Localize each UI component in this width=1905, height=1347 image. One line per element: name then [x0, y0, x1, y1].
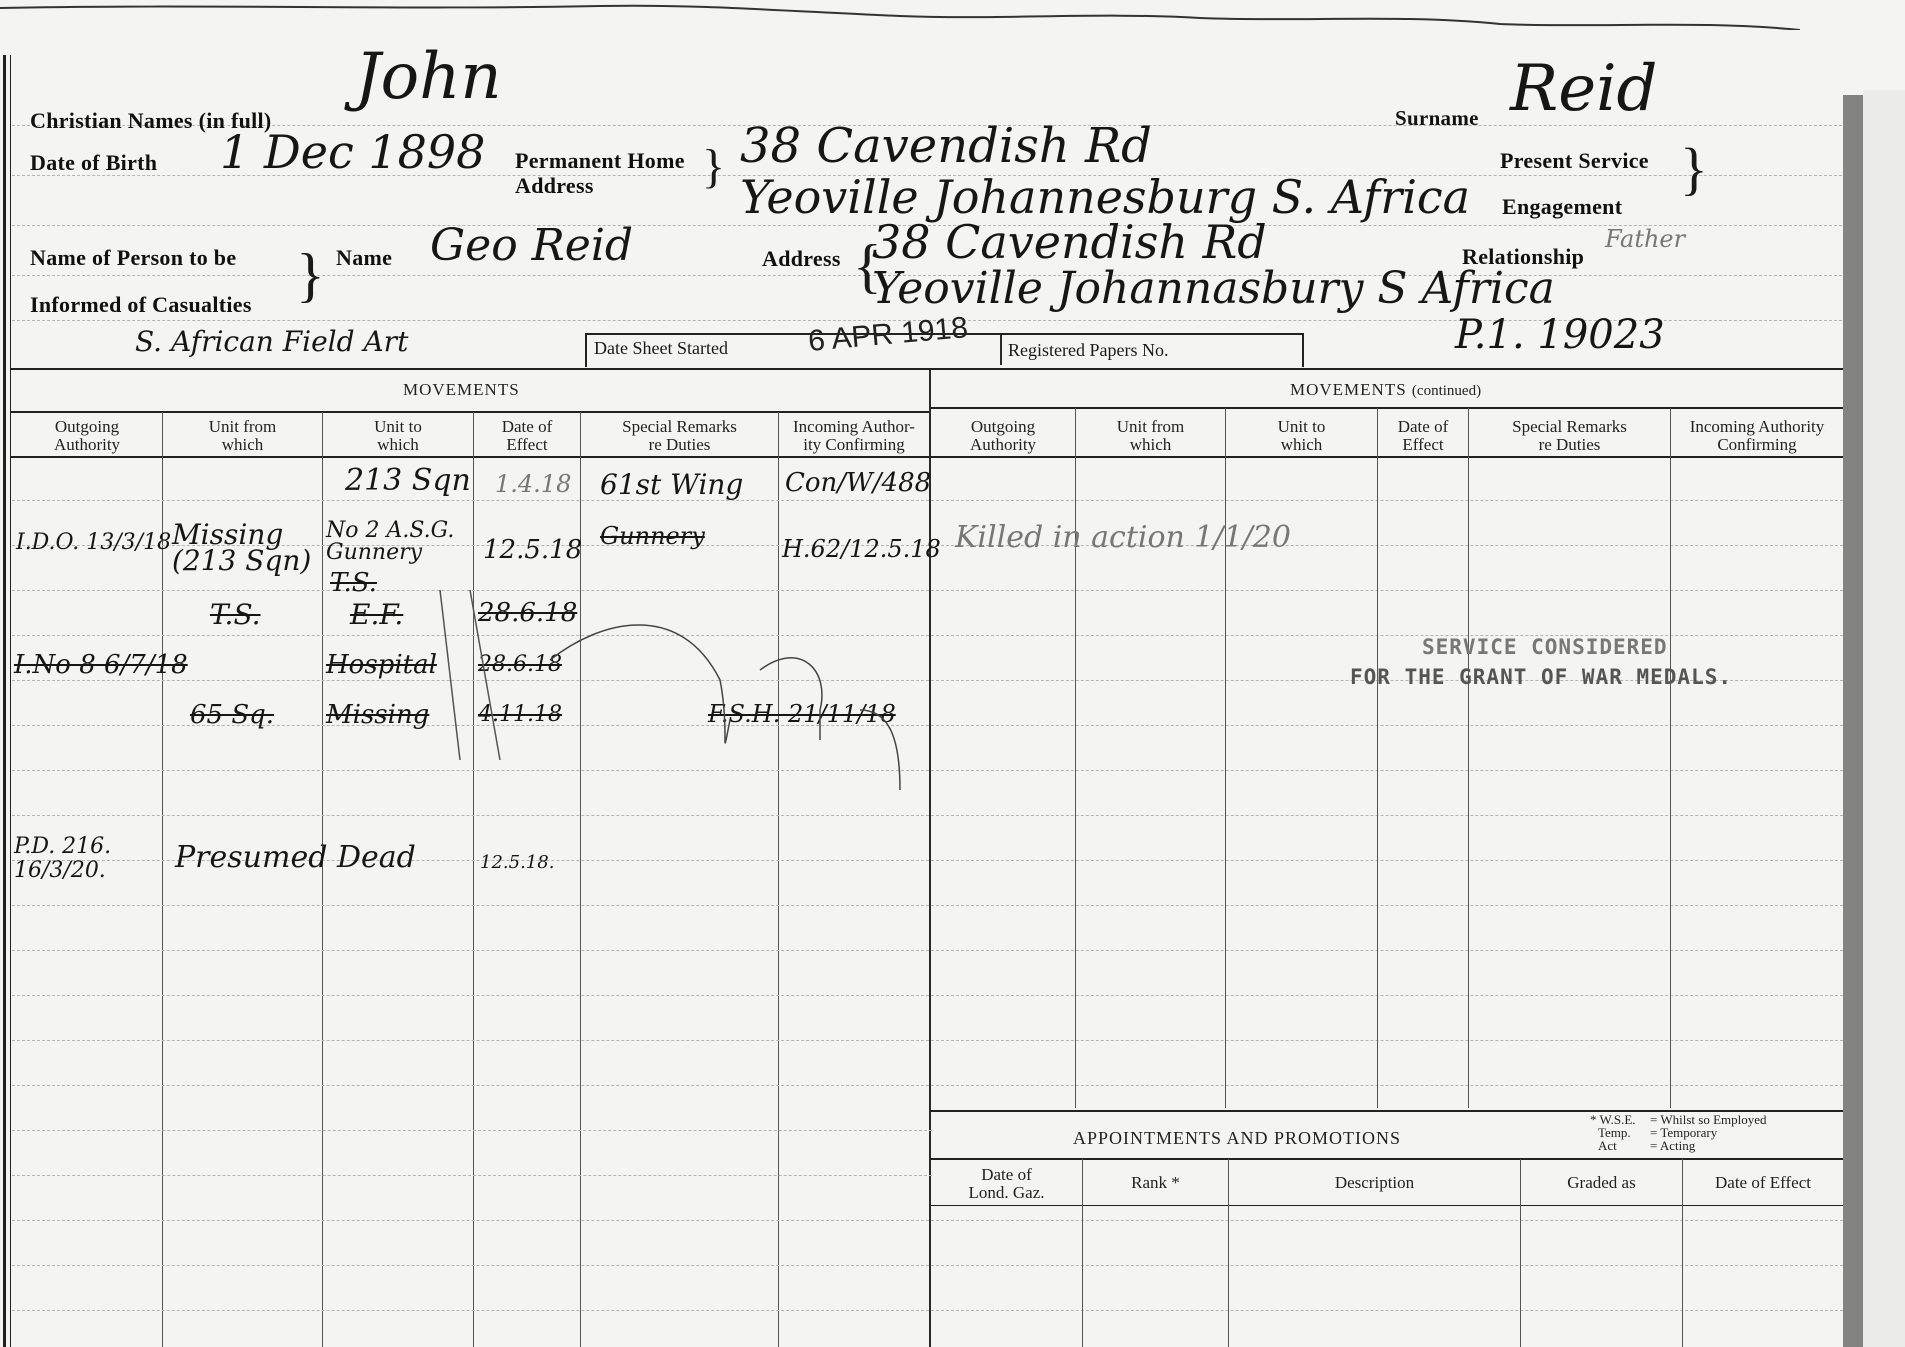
brace-icon: } [296, 245, 325, 305]
cont-col-unit-to: Unit towhich [1226, 418, 1377, 454]
row6-unit-from: Presumed Dead [175, 840, 416, 875]
surname-label: Surname [1395, 106, 1479, 131]
nok-name-value: Geo Reid [430, 220, 633, 271]
col-unit-to: Unit towhich [323, 418, 473, 454]
row1-outgoing: I.D.O. 13/3/18 [16, 530, 171, 555]
abbreviation-legend: * W.S.E.= Whilst so Employed Temp.= Temp… [1590, 1113, 1767, 1152]
row4-outgoing: I.No 8 6/7/18 [14, 650, 188, 680]
torn-top-edge [0, 0, 1905, 30]
left-border [3, 55, 6, 1347]
row1-remarks: Gunnery [600, 522, 705, 550]
header-divider [10, 368, 1843, 370]
nok-label-1: Name of Person to be [30, 245, 236, 271]
col-unit-from: Unit fromwhich [163, 418, 322, 454]
row1-unit-to: No 2 A.S.G. Gunnery [326, 520, 476, 564]
col-incoming-authority: Incoming Author-ity Confirming [779, 418, 929, 454]
relationship-value: Father [1605, 225, 1685, 253]
appt-col-date-lond-gaz: Date ofLond. Gaz. [931, 1166, 1082, 1202]
medals-stamp-line2: FOR THE GRANT OF WAR MEDALS. [1350, 665, 1732, 689]
col-special-remarks: Special Remarksre Duties [581, 418, 778, 454]
row6-date: 12.5.18. [480, 852, 554, 873]
prior-unit-note: S. African Field Art [135, 325, 408, 358]
row0-remarks: 61st Wing [600, 468, 743, 501]
nok-address-label: Address [762, 246, 841, 272]
crossout-scribbles [300, 560, 1000, 810]
nok-address-line1: 38 Cavendish Rd [872, 215, 1267, 269]
row1-incoming: H.62/12.5.18 [782, 535, 941, 563]
col-date-of-effect: Date ofEffect [474, 418, 580, 454]
brace-icon: } [1680, 140, 1708, 198]
date-of-birth-value: 1 Dec 1898 [220, 125, 485, 179]
permanent-home-label: Permanent Home [515, 148, 685, 174]
movements-continued-title: MOVEMENTS (continued) [1290, 380, 1481, 400]
permanent-address-label: Address [515, 173, 594, 199]
date-sheet-started-label: Date Sheet Started [594, 338, 728, 359]
present-service-label: Present Service [1500, 148, 1649, 174]
date-of-birth-label: Date of Birth [30, 150, 157, 176]
nok-name-label: Name [336, 245, 392, 271]
row0-date: 1.4.18 [495, 470, 571, 498]
registered-papers-label: Registered Papers No. [1008, 340, 1168, 361]
col-outgoing-authority: OutgoingAuthority [12, 418, 162, 454]
left-border-inner [10, 55, 11, 1347]
cont-col-incoming-authority: Incoming AuthorityConfirming [1671, 418, 1843, 454]
medals-stamp-line1: SERVICE CONSIDERED [1422, 635, 1668, 659]
movements-title: MOVEMENTS [403, 380, 520, 400]
binding-strip [1843, 95, 1863, 1347]
appointments-title: APPOINTMENTS AND PROMOTIONS [1073, 1128, 1401, 1149]
brace-icon: } [702, 143, 725, 191]
permanent-address-line1: 38 Cavendish Rd [740, 118, 1152, 174]
cont-col-special-remarks: Special Remarksre Duties [1469, 418, 1670, 454]
christian-names-value: John [355, 40, 502, 114]
cont-col-date-of-effect: Date ofEffect [1378, 418, 1468, 454]
cont-col-unit-from: Unit fromwhich [1076, 418, 1225, 454]
row6-outgoing: P.D. 216. 16/3/20. [14, 835, 164, 883]
row3-unit-from: T.S. [210, 598, 261, 631]
row0-unit-to: 213 Sqn [345, 463, 471, 498]
appt-col-date-of-effect: Date of Effect [1683, 1174, 1843, 1192]
row0-incoming: Con/W/488 [785, 468, 931, 498]
appt-col-graded-as: Graded as [1521, 1174, 1682, 1192]
appt-col-description: Description [1229, 1174, 1520, 1192]
engagement-label: Engagement [1502, 194, 1622, 220]
nok-address-line2: Yeoville Johannasbury S Africa [872, 263, 1555, 314]
reference-number: P.1. 19023 [1455, 312, 1665, 358]
nok-label-2: Informed of Casualties [30, 292, 252, 318]
relationship-label: Relationship [1462, 244, 1584, 270]
row5-unit-from: 65 Sq. [190, 700, 274, 730]
surname-value: Reid [1510, 52, 1658, 126]
cont-col-outgoing-authority: OutgoingAuthority [931, 418, 1075, 454]
appt-col-rank: Rank * [1083, 1174, 1228, 1192]
adjacent-page-edge [1863, 90, 1905, 1347]
killed-in-action-note: Killed in action 1/1/20 [955, 520, 1291, 555]
